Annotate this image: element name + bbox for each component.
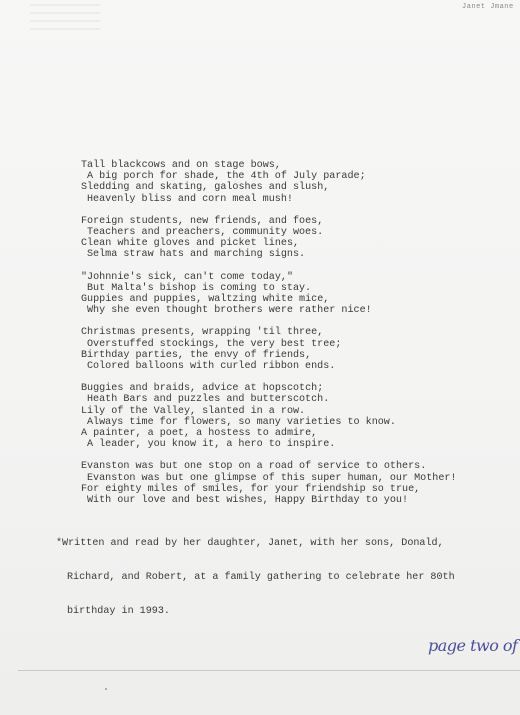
poem-line: With our love and best wishes, Happy Bir… [81,495,457,506]
poem-line: Teachers and preachers, community woes. [81,227,457,238]
poem-line: Heavenly bliss and corn meal mush! [81,194,457,205]
poem-line: A big porch for shade, the 4th of July p… [81,171,457,182]
poem-line: "Johnnie's sick, can't come today," [81,272,457,283]
footnote: *Written and read by her daughter, Janet… [56,516,455,639]
poem-stanza: Evanston was but one stop on a road of s… [81,461,457,506]
poem-line: Sledding and skating, galoshes and slush… [81,182,457,193]
poem-line: Lily of the Valley, slanted in a row. [81,406,457,417]
poem-stanza: Foreign students, new friends, and foes,… [81,216,457,261]
poem-line: Clean white gloves and picket lines, [81,238,457,249]
poem-line: Guppies and puppies, waltzing white mice… [81,294,457,305]
poem-line: Overstuffed stockings, the very best tre… [81,339,457,350]
poem-line: Evanston was but one stop on a road of s… [81,461,457,472]
poem-line: For eighty miles of smiles, for your fri… [81,484,457,495]
poem-line: Foreign students, new friends, and foes, [81,216,457,227]
document-page: Janet Jmane Tall blackcows and on stage … [0,0,520,715]
poem-line: Why she even thought brothers were rathe… [81,305,457,316]
poem-stanza: "Johnnie's sick, can't come today,"But M… [81,272,457,317]
poem-line: Colored balloons with curled ribbon ends… [81,361,457,372]
footnote-line: Richard, and Robert, at a family gatheri… [56,572,455,583]
poem-line: Birthday parties, the envy of friends, [81,350,457,361]
poem-line: But Malta's bishop is coming to stay. [81,283,457,294]
speck [105,688,107,690]
poem-line: Christmas presents, wrapping 'til three, [81,327,457,338]
author-note: Janet Jmane [462,3,514,11]
poem-line: Evanston was but one glimpse of this sup… [81,473,457,484]
poem-line: A painter, a poet, a hostess to admire, [81,428,457,439]
footnote-line: birthday in 1993. [56,606,455,617]
poem-line: Always time for flowers, so many varieti… [81,417,457,428]
poem-line: Heath Bars and puzzles and butterscotch. [81,394,457,405]
poem: Tall blackcows and on stage bows,A big p… [81,160,457,517]
footnote-line: *Written and read by her daughter, Janet… [56,538,455,549]
poem-stanza: Tall blackcows and on stage bows,A big p… [81,160,457,205]
poem-stanza: Christmas presents, wrapping 'til three,… [81,327,457,372]
fold-line [18,670,520,671]
poem-line: A leader, you know it, a hero to inspire… [81,439,457,450]
poem-line: Buggies and braids, advice at hopscotch; [81,383,457,394]
poem-line: Tall blackcows and on stage bows, [81,160,457,171]
bleed-through-text [30,4,100,36]
poem-line: Selma straw hats and marching signs. [81,249,457,260]
poem-stanza: Buggies and braids, advice at hopscotch;… [81,383,457,450]
handwritten-page-note: page two of tu [428,636,520,655]
